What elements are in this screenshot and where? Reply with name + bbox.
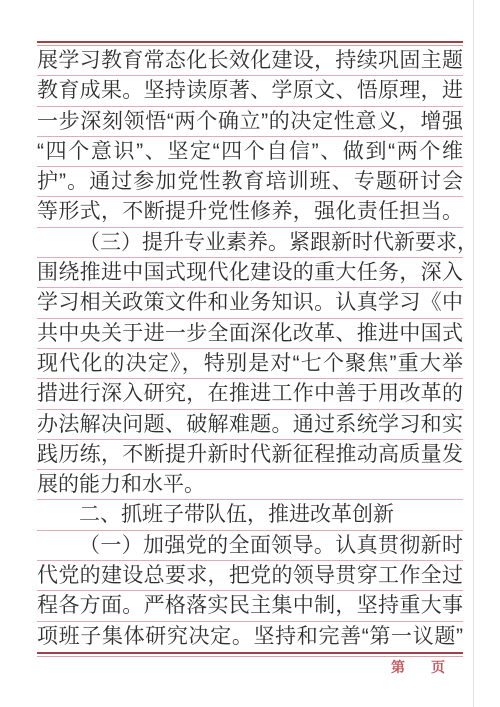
footer-page-suffix: 页 <box>431 659 445 675</box>
ruled-text-lines: 展学习教育常态化长效化建设，持续巩固主题教育成果。坚持读原著、学原文、悟原理，进… <box>37 46 463 652</box>
text-line: 项班子集体研究决定。坚持和完善“第一议题” <box>37 622 463 652</box>
text-line: 办法解决问题、破解难题。通过系统学习和实 <box>37 410 463 440</box>
footer-page-prefix: 第 <box>391 659 405 675</box>
text-line: 学习相关政策文件和业务知识。认真学习《中 <box>37 288 463 318</box>
text-line: 共中央关于进一步全面深化改革、推进中国式 <box>37 319 463 349</box>
text-line: 展的能力和水平。 <box>37 470 463 500</box>
text-line: 等形式，不断提升党性修养，强化责任担当。 <box>37 197 463 227</box>
text-line: 二、抓班子带队伍，推进改革创新 <box>37 500 463 530</box>
page-edge-line <box>473 0 474 707</box>
text-line: 代党的建设总要求，把党的领导贯穿工作全过 <box>37 561 463 591</box>
text-line: 践历练，不断提升新时代新征程推动高质量发 <box>37 440 463 470</box>
text-line: “四个意识”、坚定“四个自信”、做到“两个维 <box>37 137 463 167</box>
page-footer: 第页 <box>37 657 463 677</box>
text-line: 一步深刻领悟“两个确立”的决定性意义，增强 <box>37 107 463 137</box>
text-line: 护”。通过参加党性教育培训班、专题研讨会 <box>37 167 463 197</box>
text-line: 程各方面。严格落实民主集中制，坚持重大事 <box>37 591 463 621</box>
text-line: 措进行深入研究，在推进工作中善于用改革的 <box>37 379 463 409</box>
letterhead-sheet: 展学习教育常态化长效化建设，持续巩固主题教育成果。坚持读原著、学原文、悟原理，进… <box>37 41 463 657</box>
text-line: （三）提升专业素养。紧跟新时代新要求， <box>37 228 463 258</box>
text-line: 围绕推进中国式现代化建设的重大任务，深入 <box>37 258 463 288</box>
text-line: 教育成果。坚持读原著、学原文、悟原理，进 <box>37 76 463 106</box>
text-line: （一）加强党的全面领导。认真贯彻新时 <box>37 531 463 561</box>
text-line: 现代化的决定》，特别是对“七个聚焦”重大举 <box>37 349 463 379</box>
text-line: 展学习教育常态化长效化建设，持续巩固主题 <box>37 46 463 76</box>
document-page: 展学习教育常态化长效化建设，持续巩固主题教育成果。坚持读原著、学原文、悟原理，进… <box>0 0 500 707</box>
